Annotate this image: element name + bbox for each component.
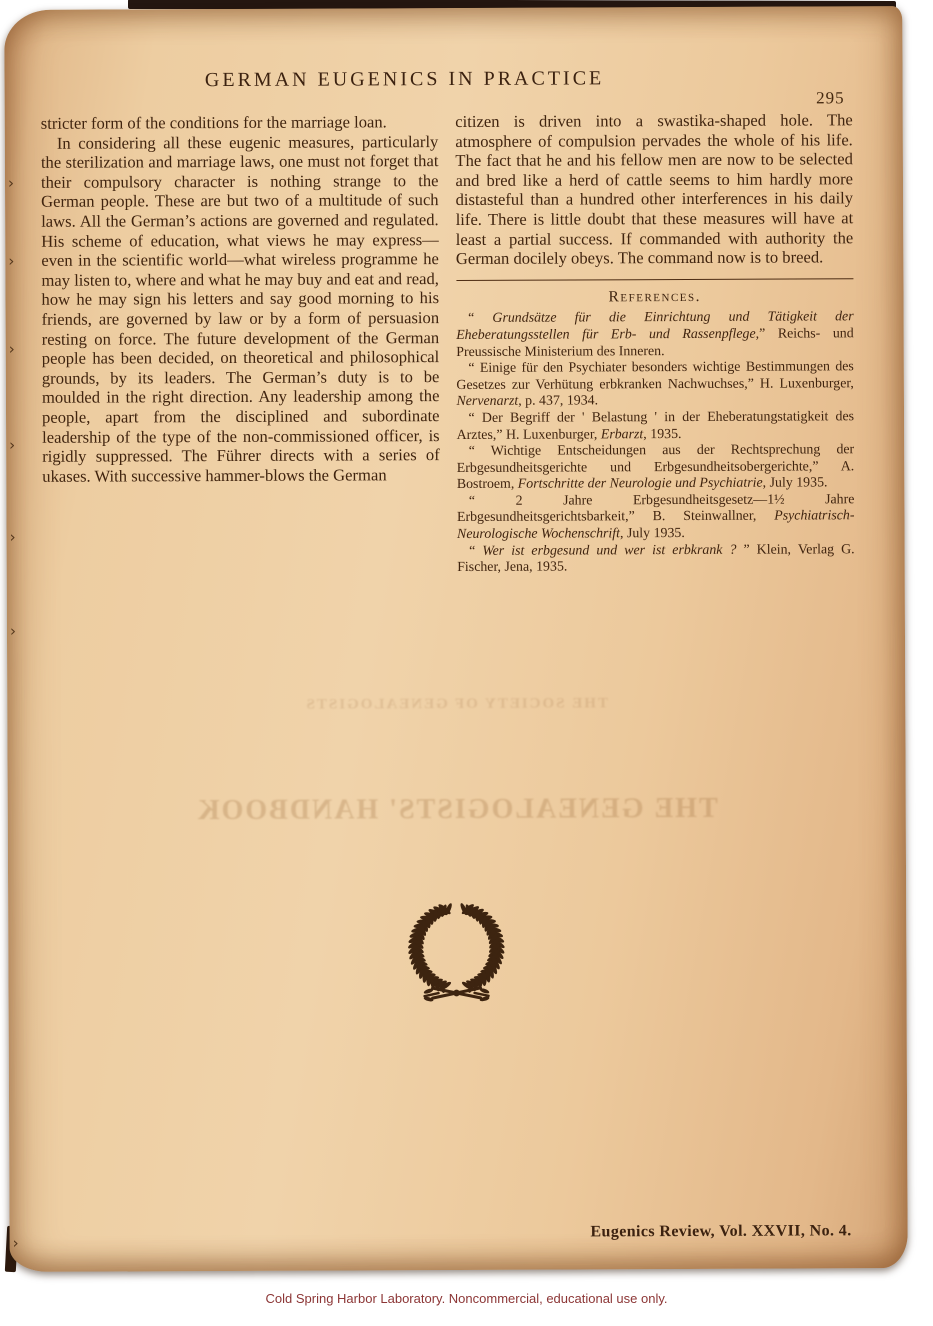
stitch-mark-icon: › bbox=[10, 532, 16, 542]
text-columns: stricter form of the conditions for the … bbox=[41, 110, 855, 578]
stitch-mark-icon: › bbox=[8, 256, 14, 266]
reference-item: “ Der Begriff der ' Belastung ' in der E… bbox=[457, 409, 855, 444]
reference-item: “ Einige für den Psychiater besonders wi… bbox=[456, 359, 854, 411]
laurel-wreath-ornament bbox=[388, 892, 525, 1015]
reference-item: “ Wichtige Entscheidungen aus der Rechts… bbox=[457, 442, 855, 494]
show-through-text-small: THE SOCIETY OF GENEALOGISTS bbox=[7, 694, 905, 715]
stitch-mark-icon: › bbox=[8, 178, 14, 188]
page-surface: ››››››› THE SOCIETY OF GENEALOGISTS THE … bbox=[4, 6, 907, 1272]
reference-item: “ Wer ist erbgesund und wer ist erbkrank… bbox=[457, 542, 855, 577]
references-list: “ Grundsätze für die Einrichtung und Tät… bbox=[456, 310, 855, 577]
reference-item: “ 2 Jahre Erbgesundheitsgesetz—1½ Jahre … bbox=[457, 492, 855, 544]
show-through-text-large: THE GENEALOGISTS' HANDBOOK bbox=[8, 792, 906, 828]
left-column: stricter form of the conditions for the … bbox=[41, 112, 441, 579]
page-title: GERMAN EUGENICS IN PRACTICE bbox=[115, 67, 695, 93]
stitch-mark-icon: › bbox=[9, 440, 15, 450]
reference-item: “ Grundsätze für die Einrichtung und Tät… bbox=[456, 310, 854, 362]
scan-caption: Cold Spring Harbor Laboratory. Noncommer… bbox=[0, 1291, 933, 1306]
references-divider bbox=[456, 278, 854, 281]
body-paragraph: In considering all these eugenic measure… bbox=[41, 132, 440, 486]
page-number: 295 bbox=[816, 88, 845, 108]
stitch-mark-icon: › bbox=[9, 344, 15, 354]
book-page: ››››››› THE SOCIETY OF GENEALOGISTS THE … bbox=[4, 6, 907, 1272]
body-paragraph: citizen is driven into a swastika-shaped… bbox=[455, 110, 853, 268]
scanned-book-page: ››››››› THE SOCIETY OF GENEALOGISTS THE … bbox=[0, 0, 933, 1326]
references-heading: References. bbox=[456, 286, 854, 307]
stitch-mark-icon: › bbox=[10, 626, 16, 636]
journal-footer: Eugenics Review, Vol. XXVII, No. 4. bbox=[590, 1222, 851, 1241]
right-column: citizen is driven into a swastika-shaped… bbox=[455, 110, 855, 577]
body-paragraph: stricter form of the conditions for the … bbox=[41, 112, 439, 133]
stitch-mark-icon: › bbox=[13, 1238, 19, 1248]
